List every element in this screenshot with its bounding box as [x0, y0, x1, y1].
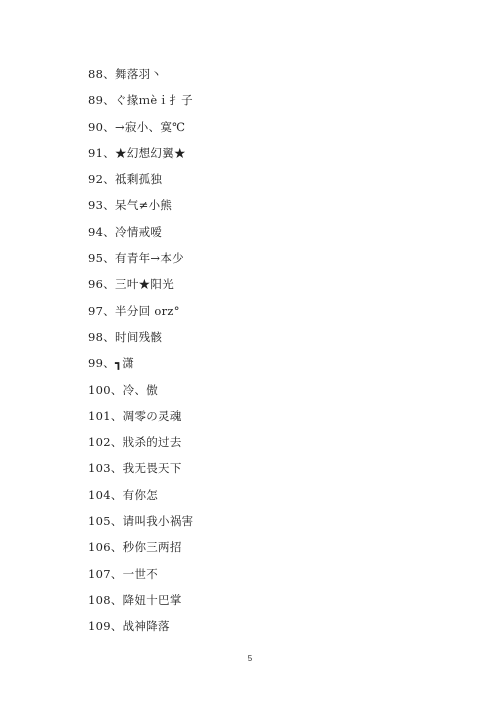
- list-item: 106、秒你三两招: [88, 539, 193, 565]
- page-number: 5: [0, 654, 500, 663]
- list-item: 88、舞落羽丶: [88, 66, 193, 92]
- list-item: 102、戕杀的过去: [88, 434, 193, 460]
- list-item: 108、降妞十巴掌: [88, 592, 193, 618]
- list-item: 96、三叶★阳光: [88, 276, 193, 302]
- list-item: 107、一世不: [88, 566, 193, 592]
- list-item: 103、我无畏天下: [88, 460, 193, 486]
- list-item: 89、ぐ掾ｍèｉ扌子: [88, 92, 193, 118]
- name-list: 88、舞落羽丶 89、ぐ掾ｍèｉ扌子 90、→寂小、寞℃ 91、★幻想幻翼★ 9…: [88, 66, 193, 645]
- list-item: 90、→寂小、寞℃: [88, 119, 193, 145]
- document-page: 88、舞落羽丶 89、ぐ掾ｍèｉ扌子 90、→寂小、寞℃ 91、★幻想幻翼★ 9…: [0, 0, 500, 707]
- list-item: 97、半分回 orz°: [88, 303, 193, 329]
- list-item: 99、┓潇: [88, 355, 193, 381]
- list-item: 100、冷、傲: [88, 382, 193, 408]
- list-item: 98、时间残骸: [88, 329, 193, 355]
- list-item: 101、凋零の灵魂: [88, 408, 193, 434]
- list-item: 94、冷情戒嗳: [88, 224, 193, 250]
- list-item: 109、战神降落: [88, 618, 193, 644]
- list-item: 91、★幻想幻翼★: [88, 145, 193, 171]
- list-item: 93、呆气≠小熊: [88, 197, 193, 223]
- list-item: 104、有你怎: [88, 487, 193, 513]
- list-item: 95、有青年→本少: [88, 250, 193, 276]
- list-item: 92、祗剩孤独: [88, 171, 193, 197]
- list-item: 105、请叫我小祸害: [88, 513, 193, 539]
